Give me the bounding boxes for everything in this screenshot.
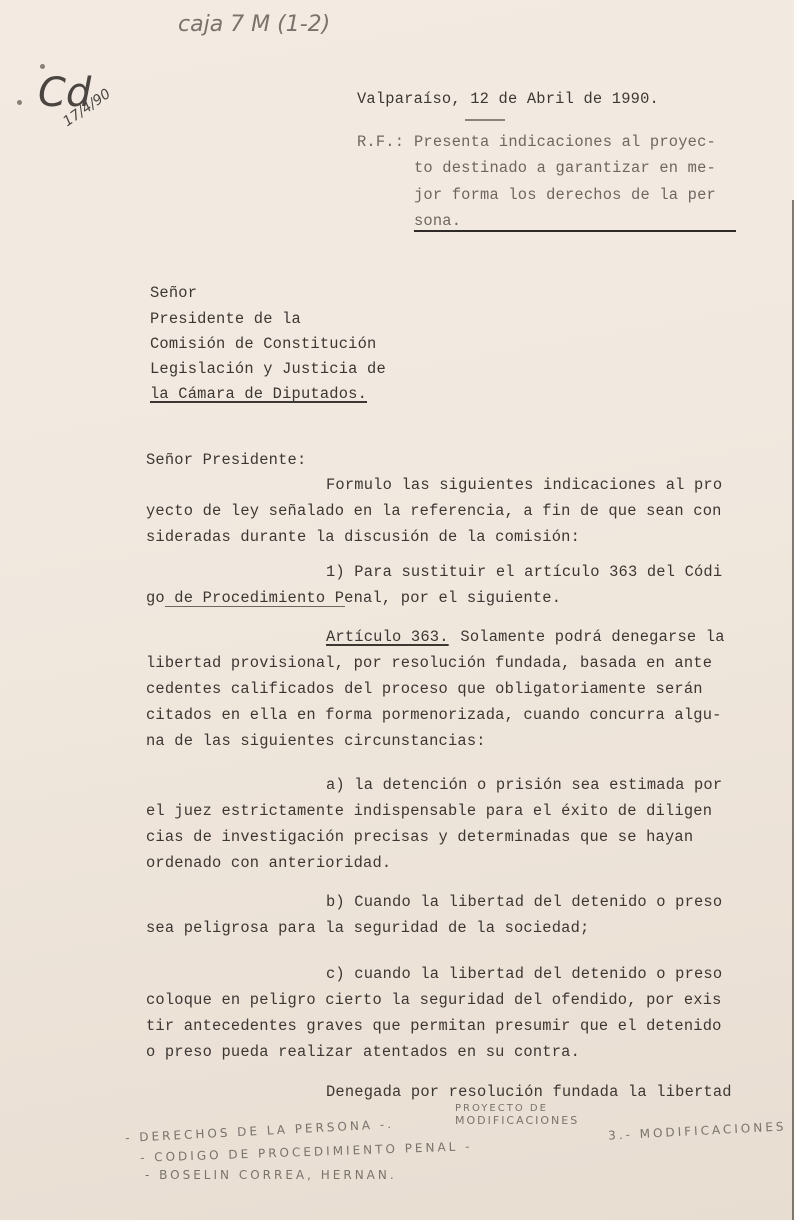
footer-note-2: - CODIGO DE PROCEDIMIENTO PENAL - — [140, 1139, 473, 1165]
reference-line-3: jor forma los derechos de la per — [414, 186, 716, 204]
footer-note-3: - BOSELIN CORREA, HERNAN. — [145, 1168, 397, 1182]
item-1-line-2: go de Procedimiento Penal, por el siguie… — [146, 589, 561, 607]
item-a-line-4: ordenado con anterioridad. — [146, 854, 391, 872]
reference-line-4: sona. — [414, 212, 461, 230]
item-b-line-1: b) Cuando la libertad del detenido o pre… — [326, 893, 722, 911]
ink-dot — [40, 64, 45, 69]
reference-line-1: Presenta indicaciones al proyec- — [414, 133, 716, 151]
addressee-line-5: la Cámara de Diputados. — [150, 385, 367, 403]
pen-underline — [165, 606, 345, 607]
addressee-line-3: Comisión de Constitución — [150, 335, 376, 353]
reference-label: R.F.: — [357, 133, 404, 151]
ink-dot — [17, 100, 22, 105]
addressee-line-4: Legislación y Justicia de — [150, 360, 386, 378]
article-line-1: Solamente podrá denegarse la — [451, 628, 725, 646]
item-1-line-1: 1) Para sustituir el artículo 363 del Có… — [326, 563, 722, 581]
footer-note-1b: PROYECTO DE — [455, 1103, 548, 1114]
addressee-line-1: Señor — [150, 284, 197, 302]
reference-underline — [414, 230, 736, 232]
item-c-line-2: coloque en peligro cierto la seguridad d… — [146, 991, 722, 1009]
article-line-3: cedentes calificados del proceso que obl… — [146, 680, 703, 698]
intro-line-2: yecto de ley señalado en la referencia, … — [146, 502, 722, 520]
item-c-line-1: c) cuando la libertad del detenido o pre… — [326, 965, 722, 983]
closing-line: Denegada por resolución fundada la liber… — [326, 1083, 732, 1101]
addressee-line-2: Presidente de la — [150, 310, 301, 328]
place-date: Valparaíso, 12 de Abril de 1990. — [357, 90, 659, 108]
footer-note-2b: 3.- MODIFICACIONES — [608, 1119, 787, 1142]
item-a-line-2: el juez estrictamente indispensable para… — [146, 802, 712, 820]
footer-note-1: - DERECHOS DE LA PERSONA -. — [125, 1117, 395, 1145]
article-line-2: libertad provisional, por resolución fun… — [146, 654, 712, 672]
item-c-line-4: o preso pueda realizar atentados en su c… — [146, 1043, 580, 1061]
item-a-line-3: cias de investigación precisas y determi… — [146, 828, 693, 846]
page-edge — [792, 200, 794, 1220]
article-line-5: na de las siguientes circunstancias: — [146, 732, 486, 750]
article-heading: Artículo 363. — [326, 628, 449, 646]
document-page: caja 7 M (1-2) Cd 17/4/90 Valparaíso, 12… — [0, 0, 794, 1220]
intro-line-1: Formulo las siguientes indicaciones al p… — [326, 476, 722, 494]
article-line-4: citados en ella en forma pormenorizada, … — [146, 706, 722, 724]
footer-note-1c: MODIFICACIONES — [455, 1114, 579, 1127]
salutation: Señor Presidente: — [146, 451, 306, 469]
intro-line-3: sideradas durante la discusión de la com… — [146, 528, 580, 546]
item-b-line-2: sea peligrosa para la seguridad de la so… — [146, 919, 590, 937]
reference-line-2: to destinado a garantizar en me- — [414, 159, 716, 177]
box-label-annotation: caja 7 M (1-2) — [178, 12, 330, 37]
item-c-line-3: tir antecedentes graves que permitan pre… — [146, 1017, 722, 1035]
item-a-line-1: a) la detención o prisión sea estimada p… — [326, 776, 722, 794]
pen-mark — [465, 119, 505, 121]
